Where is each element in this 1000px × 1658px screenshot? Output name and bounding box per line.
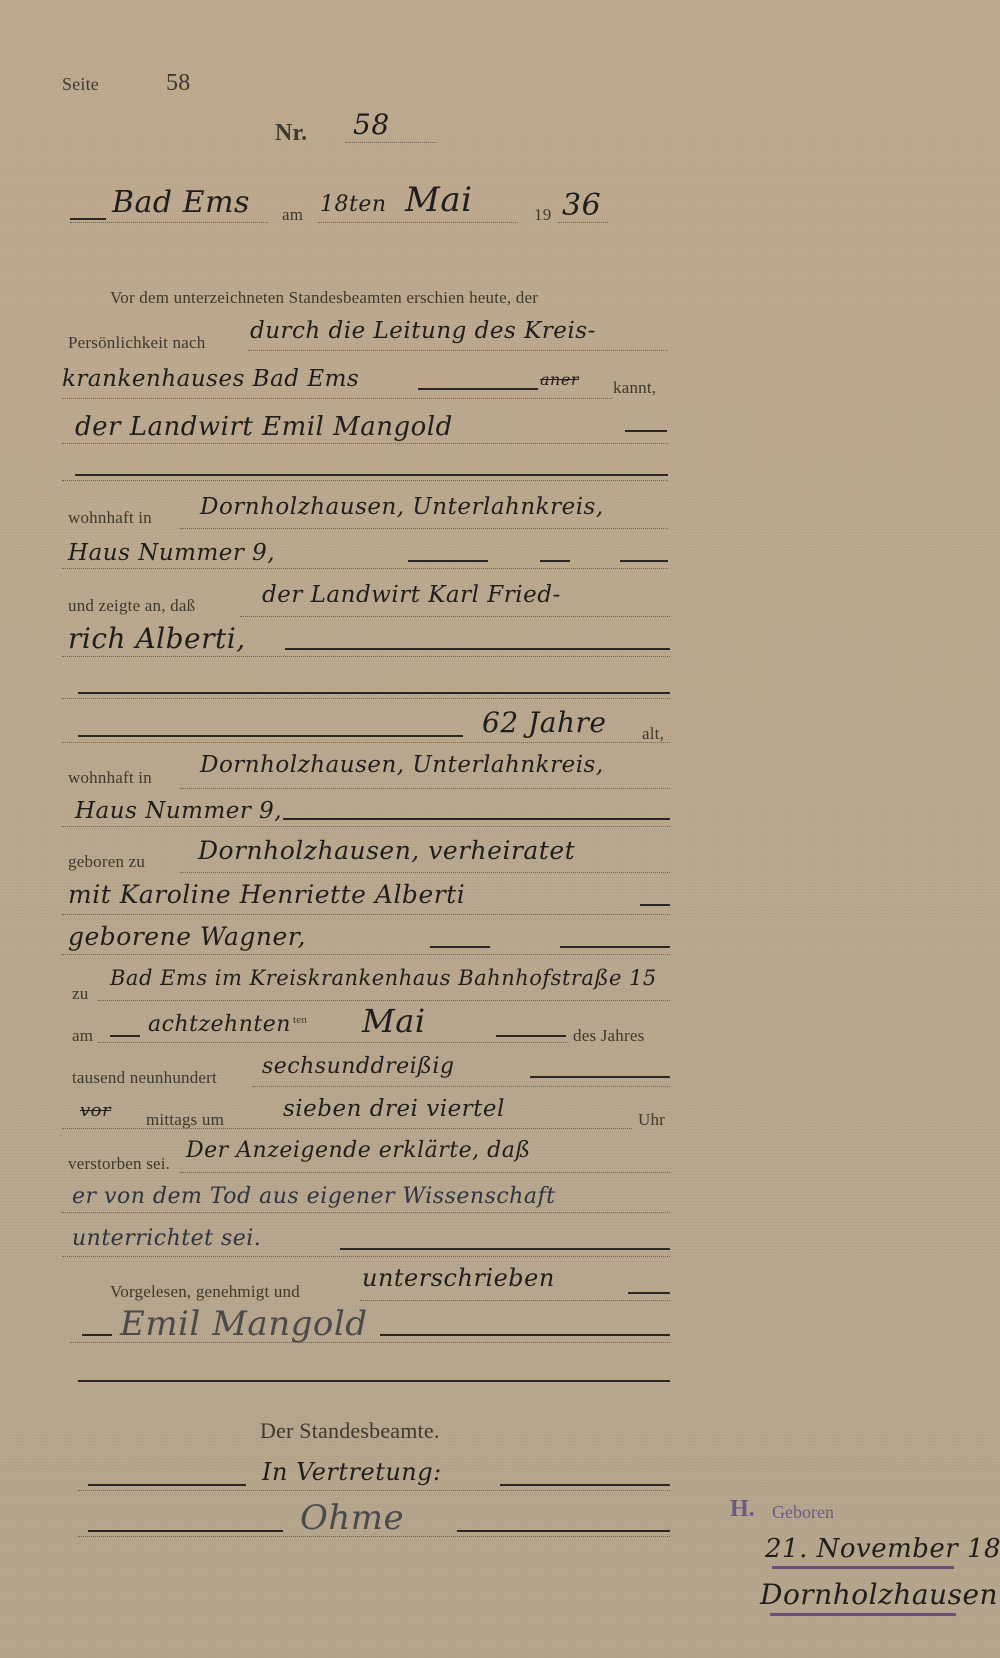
- identity-value-1: durch die Leitung des Kreis-: [250, 318, 596, 344]
- entry-number: 58: [353, 108, 390, 141]
- line: [62, 954, 670, 955]
- registration-place: Bad Ems: [112, 185, 250, 220]
- year-suffix: 36: [562, 188, 601, 223]
- residence-label: wohnhaft in: [68, 508, 152, 528]
- line: [62, 443, 668, 444]
- line: [180, 528, 668, 529]
- line: [70, 1342, 670, 1343]
- line: [180, 788, 670, 789]
- intro-text: Vor dem unterzeichneten Standesbeamten e…: [110, 288, 538, 308]
- year-prefix: 19: [534, 205, 551, 225]
- line: [285, 648, 670, 650]
- report-label: und zeigte an, daß: [68, 596, 195, 616]
- informant-name: der Landwirt Emil Mangold: [75, 412, 453, 442]
- line: [78, 1380, 670, 1382]
- spouse-2: geborene Wagner,: [68, 922, 306, 951]
- registrar-title: Der Standesbeamte.: [260, 1418, 440, 1444]
- line: [530, 1076, 670, 1078]
- line: [62, 742, 670, 743]
- line: [180, 1172, 670, 1173]
- death-day-suffix: ten: [293, 1014, 307, 1026]
- line: [283, 818, 670, 820]
- line: [88, 1530, 283, 1532]
- year-prefix-label: tausend neunhundert: [72, 1068, 217, 1088]
- time-value: sieben drei viertel: [283, 1096, 505, 1122]
- registrar-signature: Ohme: [300, 1498, 404, 1538]
- line: [252, 1086, 670, 1087]
- line: [180, 872, 670, 873]
- line: [88, 1484, 246, 1486]
- line: [62, 914, 670, 915]
- date-prefix: am: [282, 205, 303, 225]
- line: [540, 560, 570, 562]
- dash: [70, 218, 106, 220]
- line: [248, 350, 668, 351]
- death-place: Bad Ems im Kreiskrankenhaus Bahnhofstraß…: [110, 966, 657, 990]
- line: [62, 398, 612, 399]
- line: [360, 1300, 670, 1301]
- informant-residence-2: Haus Nummer 9,: [68, 540, 275, 566]
- death-place-label: zu: [72, 984, 88, 1004]
- line: [408, 560, 488, 562]
- time-label: mittags um: [146, 1110, 224, 1130]
- line: [62, 1212, 670, 1213]
- death-date-label: am: [72, 1026, 93, 1046]
- margin-stamp-text: Geboren: [772, 1502, 834, 1523]
- line: [457, 1530, 670, 1532]
- margin-stamp-letter: H.: [730, 1496, 755, 1523]
- time-suffix: Uhr: [638, 1110, 665, 1130]
- line: [240, 616, 670, 617]
- statement-2: er von dem Tod aus eigener Wissenschaft: [72, 1184, 555, 1209]
- deceased-residence-label: wohnhaft in: [68, 768, 152, 788]
- deceased-residence-1: Dornholzhausen, Unterlahnkreis,: [200, 752, 604, 778]
- page-label: Seite: [62, 74, 99, 95]
- closing-label: Vorgelesen, genehmigt und: [110, 1282, 300, 1302]
- date-line: [318, 222, 518, 223]
- time-strike: vor: [80, 1100, 111, 1121]
- line: [62, 1256, 670, 1257]
- line: [640, 904, 670, 906]
- margin-birth-place: Dornholzhausen: [760, 1578, 998, 1611]
- born-value: Dornholzhausen, verheiratet: [198, 836, 575, 865]
- line: [98, 1042, 568, 1043]
- identity-suffix: kannt,: [613, 378, 656, 398]
- line: [620, 560, 668, 562]
- death-month: Mai: [362, 1002, 426, 1040]
- statement-1: Der Anzeigende erklärte, daß: [186, 1138, 531, 1163]
- closing-value: unterschrieben: [362, 1264, 555, 1292]
- death-day: achtzehnten: [148, 1012, 291, 1037]
- margin-underline-1: [772, 1566, 954, 1569]
- line: [625, 430, 667, 432]
- line: [78, 735, 463, 737]
- identity-strike: aner: [540, 370, 579, 389]
- line: [380, 1334, 670, 1336]
- registrar-deputy: In Vertretung:: [262, 1458, 442, 1486]
- identity-label: Persönlichkeit nach: [68, 333, 205, 353]
- registration-day: 18ten: [320, 192, 387, 217]
- year-label: des Jahres: [573, 1026, 644, 1046]
- line: [496, 1035, 566, 1037]
- deceased-name-2: rich Alberti,: [68, 622, 246, 655]
- statement-3: unterrichtet sei.: [72, 1226, 261, 1251]
- line: [98, 1000, 670, 1001]
- line: [62, 1128, 632, 1129]
- place-line: [70, 222, 268, 223]
- line: [430, 946, 490, 948]
- age-label: alt,: [642, 724, 664, 744]
- line: [500, 1484, 670, 1486]
- line: [78, 1536, 670, 1537]
- line: [78, 1490, 670, 1491]
- page-number: 58: [166, 70, 190, 97]
- deceased-residence-2: Haus Nummer 9,: [75, 798, 282, 824]
- line: [78, 692, 670, 694]
- identity-value-2: krankenhauses Bad Ems: [62, 366, 359, 392]
- deceased-name-1: der Landwirt Karl Fried-: [262, 582, 561, 608]
- entry-number-line: [345, 142, 437, 143]
- line: [62, 826, 670, 827]
- born-label: geboren zu: [68, 852, 145, 872]
- line: [62, 656, 670, 657]
- spouse-1: mit Karoline Henriette Alberti: [68, 880, 465, 909]
- informant-residence-1: Dornholzhausen, Unterlahnkreis,: [200, 494, 604, 520]
- age-value: 62 Jahre: [482, 706, 606, 739]
- died-label: verstorben sei.: [68, 1154, 170, 1174]
- informant-signature: Emil Mangold: [120, 1304, 367, 1344]
- line: [110, 1035, 140, 1037]
- entry-label: Nr.: [275, 120, 307, 147]
- line: [418, 388, 538, 390]
- margin-underline-2: [770, 1613, 956, 1616]
- year-line: [558, 222, 608, 223]
- line: [560, 946, 670, 948]
- line: [62, 698, 670, 699]
- margin-birth-date: 21. November 1873: [765, 1534, 1000, 1564]
- line: [62, 568, 668, 569]
- death-year-words: sechsunddreißig: [262, 1054, 454, 1079]
- registration-month: Mai: [405, 180, 472, 220]
- line: [62, 480, 668, 481]
- line: [82, 1334, 112, 1336]
- line: [340, 1248, 670, 1250]
- line: [628, 1292, 670, 1294]
- line: [75, 474, 668, 476]
